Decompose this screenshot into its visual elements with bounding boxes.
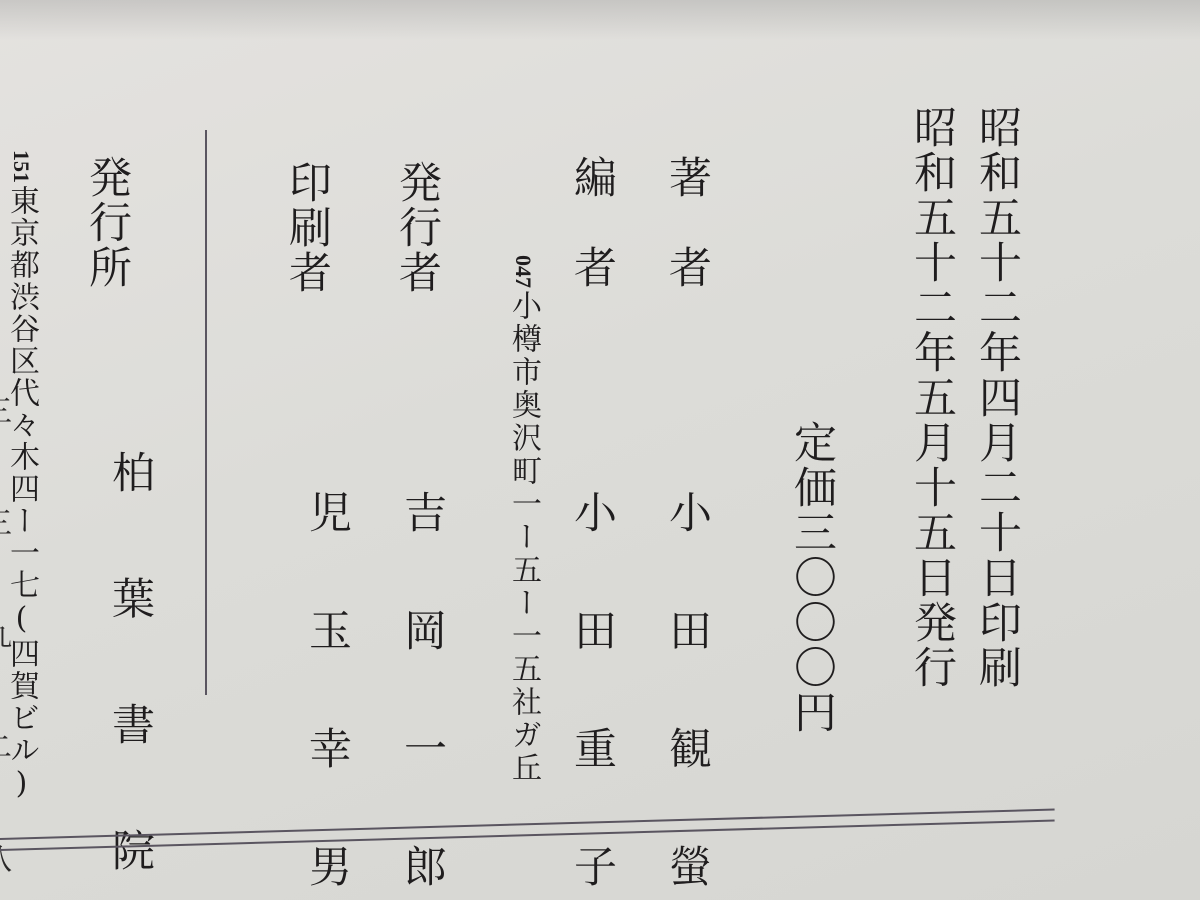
editor-address: 小樽市奥沢町一ー五ー一五社ガ丘 [508, 290, 538, 785]
editor-label: 編 者 [570, 155, 613, 290]
editor-postal-code: 047 [512, 255, 534, 288]
house-postal-code: 151 [10, 150, 32, 183]
house-name: 柏 葉 書 院 [108, 450, 151, 891]
house-label: 発行所 [85, 155, 128, 290]
print-date: 昭和五十二年四月二十日印刷 [975, 105, 1018, 690]
house-phone-partial: 三 三 九 二 八 [0, 395, 8, 899]
price: 定価三〇〇〇円 [790, 420, 833, 735]
author-label: 著 者 [665, 155, 708, 290]
publish-date: 昭和五十二年五月十五日発行 [910, 105, 953, 690]
publisher-label: 発行者 [395, 160, 438, 295]
page-shadow [0, 0, 1200, 40]
printer-label: 印刷者 [285, 160, 328, 295]
vertical-divider [205, 130, 207, 695]
author-name: 小 田 観 螢 [665, 490, 708, 900]
editor-name: 小 田 重 子 [570, 490, 613, 900]
